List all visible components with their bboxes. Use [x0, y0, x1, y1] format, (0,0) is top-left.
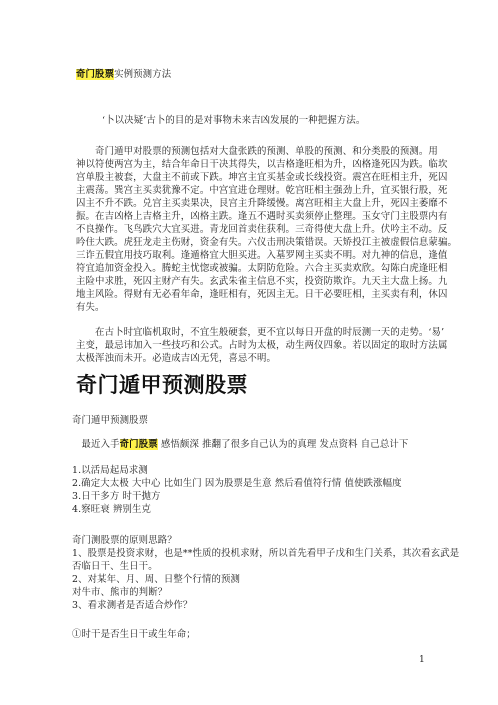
paragraph-2: 在古卜时宜临机取时，不宜生般硬套，更不宜以每日开盘的时辰测一天的走势。‘易’ 主…	[76, 326, 436, 365]
post-intro-line: 最近入手奇门股票 感悟颇深 推翻了很多自己认为的真理 发点资料 自己总计下	[72, 438, 408, 451]
paragraph-line: 三诈五假宜用技巧取利。逢遁格宜大胆买进。入墓罗网主买卖不明。对九神的信息，逢值	[76, 249, 436, 262]
highlighted-keyword: 奇门股票	[76, 69, 114, 80]
page-number: 1	[419, 655, 425, 665]
section-line: 2、对某年、月、周、日整个行情的预测	[72, 573, 432, 586]
heading-line: 奇门股票实例预测方法	[76, 68, 171, 81]
section-line: 否临日干、生日干。	[72, 560, 432, 573]
circled-item: ①时干是否生日干或生年命；	[72, 628, 196, 641]
main-title: 奇门遁甲预测股票	[76, 372, 248, 398]
paragraph-line: 宫单股主被套，大盘主不前或下跌。坤宫主宜买基金或长线投资。震宫在旺相主升，死囚	[76, 171, 436, 184]
intro-line: ‘卜以决疑’古卜的目的是对事物未来吉凶发展的一种把握方法。	[102, 114, 365, 127]
paragraph-line: 囚主不升不跌。兑宫主买卖果决，艮宫主升降缓慢。离宫旺相主大盘上升，死囚主萎靡不	[76, 197, 436, 210]
paragraph-line: 在古卜时宜临机取时，不宜生般硬套，更不宜以每日开盘的时辰测一天的走势。‘易’	[76, 326, 436, 339]
paragraph-line: 奇门遁甲对股票的预测包括对大盘张跌的预测、单股的预测、和分类股的预测。用	[76, 145, 436, 158]
section-line: 奇门测股票的原则思路？	[72, 534, 432, 547]
paragraph-line: 振。在吉凶格上吉格主升，凶格主跌。逢五不遇时买卖须停止整理。玉女守门主股票内有	[76, 210, 436, 223]
post-intro-text: 最近入手	[72, 439, 120, 450]
paragraph-line: 地主风险。得财有无必看年命，逢旺相有，死因主无。日干必要旺相，主买卖有利，休囚	[76, 288, 436, 301]
paragraph-1: 奇门遁甲对股票的预测包括对大盘张跌的预测、单股的预测、和分类股的预测。用 神以符…	[76, 145, 436, 314]
paragraph-line: 太极浑浊而未开。必造成吉凶无凭，喜忌不明。	[76, 352, 436, 365]
paragraph-line: 吟住大跌。虎狂龙走主伤财，资金有失。六仪击刑决策错误。天矫投江主被虚假信息蒙骗。	[76, 236, 436, 249]
heading-text: 实例预测方法	[114, 69, 171, 80]
paragraph-line: 主变，最忌讳加入一些技巧和公式。占时为太极，动生两仪四象。若以固定的取时方法属	[76, 339, 436, 352]
highlighted-keyword: 奇门股票	[120, 439, 158, 450]
paragraph-line: 不良操作。飞鸟跌穴大宜买进。青龙回首卖住获利。三奇得使大盘上升。伏吟主不动。反	[76, 223, 436, 236]
paragraph-line: 神以符使两宫为主，结合年命日干决其得失，以吉格逢旺相为升，凶格逢死囚为跌。临坎	[76, 158, 436, 171]
paragraph-line: 符宜追加资金投入。腾蛇主忧惚或被骗。太阴防危险。六合主买卖欢欣。勾陈白虎逢旺相	[76, 262, 436, 275]
section-line: 对牛市、熊市的判断？	[72, 586, 432, 599]
paragraph-line: 有失。	[76, 301, 436, 314]
list-item: 1.以活局起局求测	[72, 464, 432, 477]
subtitle: 奇门遁甲预测股票	[72, 414, 148, 427]
document-page: 奇门股票实例预测方法 ‘卜以决疑’古卜的目的是对事物未来吉凶发展的一种把握方法。…	[0, 0, 498, 705]
section-line: 3、看求测者是否适合炒作？	[72, 599, 432, 612]
list-item: 4.察旺衰 辨别生克	[72, 503, 432, 516]
list-item: 3.日干多方 时干抛方	[72, 490, 432, 503]
section-line: 1、股票是投资求财，也是**性质的投机求财，所以首先看甲子戊和生门关系，其次看玄…	[72, 547, 432, 560]
paragraph-line: 主险中求胜，死囚主财产有失。玄武朱雀主信息不实，投资防欺诈。九天主大盘上扬。九	[76, 275, 436, 288]
numbered-list: 1.以活局起局求测 2.确定大太极 大中心 比如生门 因为股票是生意 然后看值符…	[72, 464, 432, 516]
list-item: 2.确定大太极 大中心 比如生门 因为股票是生意 然后看值符行情 值使跌涨幅度	[72, 477, 432, 490]
principles-section: 奇门测股票的原则思路？ 1、股票是投资求财，也是**性质的投机求财，所以首先看甲…	[72, 534, 432, 612]
paragraph-line: 主震荡。巽宫主买卖犹豫不定。中宫宜进仓理财。乾宫旺相主强劲上升，宜买银行股，死	[76, 184, 436, 197]
post-intro-text: 感悟颇深 推翻了很多自己认为的真理 发点资料 自己总计下	[158, 439, 409, 450]
